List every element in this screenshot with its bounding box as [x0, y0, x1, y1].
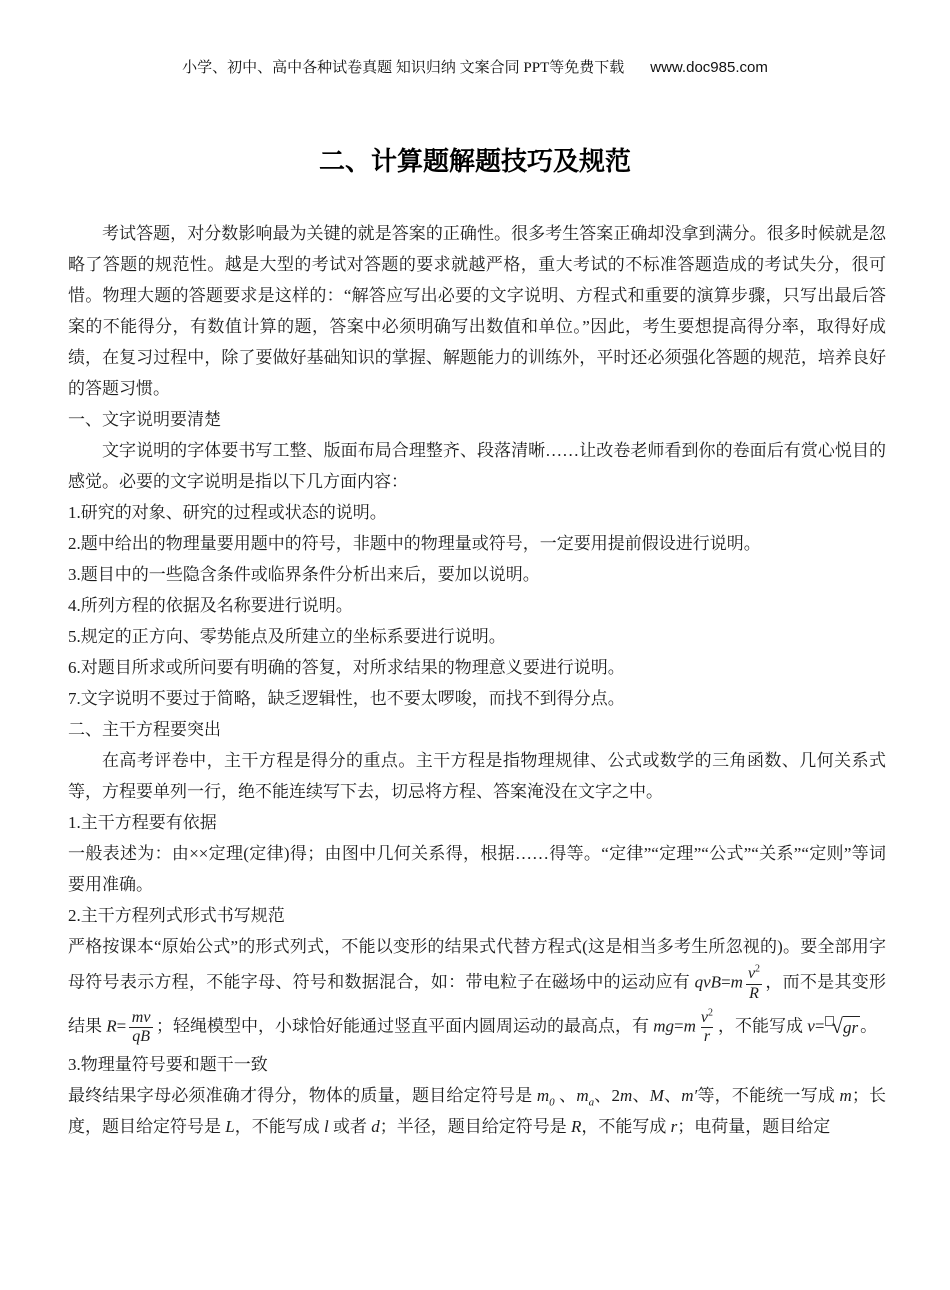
page-title: 二、计算题解题技巧及规范	[0, 141, 950, 178]
math-symbol: m	[840, 1086, 852, 1105]
math-symbol: d	[371, 1117, 380, 1136]
math-symbol: ma	[576, 1086, 594, 1105]
document-page: 小学、初中、高中各种试卷真题 知识归纳 文案合同 PPT等免费下载www.doc…	[0, 0, 950, 1290]
paragraph: 严格按课本“原始公式”的形式列式，不能以变形的结果式代替方程式(这是相当多考生所…	[68, 931, 886, 1049]
math-fraction: mvqB	[129, 1009, 153, 1047]
math-symbol: v	[807, 1016, 815, 1035]
math-symbol: m′	[681, 1086, 697, 1105]
section-heading: 一、文字说明要清楚	[68, 404, 886, 435]
paragraph: 1.研究的对象、研究的过程或状态的说明。	[68, 497, 886, 528]
math-symbol: qvB	[695, 973, 721, 992]
math-fraction: v2r	[699, 1009, 715, 1047]
paragraph: 6.对题目所求或所问要有明确的答复，对所求结果的物理意义要进行说明。	[68, 652, 886, 683]
document-body: 考试答题，对分数影响最为关键的就是答案的正确性。很多考生答案正确却没拿到满分。很…	[68, 218, 886, 1142]
math-symbol: l	[324, 1117, 329, 1136]
math-symbol: m	[731, 973, 743, 992]
math-symbol: r	[671, 1117, 678, 1136]
math-symbol: m0	[537, 1086, 555, 1105]
paragraph: 文字说明的字体要书写工整、版面布局合理整齐、段落清晰……让改卷老师看到你的卷面后…	[68, 435, 886, 497]
paragraph: 5.规定的正方向、零势能点及所建立的坐标系要进行说明。	[68, 621, 886, 652]
paragraph: 7.文字说明不要过于简略，缺乏逻辑性，也不要太啰唆，而找不到得分点。	[68, 683, 886, 714]
paragraph: 3.物理量符号要和题干一致	[68, 1049, 886, 1080]
math-symbol: m	[620, 1086, 632, 1105]
math-symbol: L	[225, 1117, 234, 1136]
site-header: 小学、初中、高中各种试卷真题 知识归纳 文案合同 PPT等免费下载www.doc…	[0, 56, 950, 77]
math-sqrt: √gr	[824, 1016, 860, 1038]
paragraph: 3.题目中的一些隐含条件或临界条件分析出来后，要加以说明。	[68, 559, 886, 590]
paragraph: 1.主干方程要有依据	[68, 807, 886, 838]
math-symbol: R	[571, 1117, 581, 1136]
math-fraction: v2R	[746, 965, 762, 1003]
math-symbol: mg	[653, 1016, 674, 1035]
math-symbol: R	[106, 1016, 116, 1035]
paragraph: 最终结果字母必须准确才得分，物体的质量，题目给定符号是 m0 、ma、2m、M、…	[68, 1080, 886, 1142]
paragraph: 4.所列方程的依据及名称要进行说明。	[68, 590, 886, 621]
header-tagline: 小学、初中、高中各种试卷真题 知识归纳 文案合同 PPT等免费下载	[182, 60, 624, 76]
math-symbol: m	[684, 1016, 696, 1035]
math-symbol: M	[650, 1086, 664, 1105]
paragraph: 在高考评卷中，主干方程是得分的重点。主干方程是指物理规律、公式或数学的三角函数、…	[68, 745, 886, 807]
site-url: www.doc985.com	[650, 59, 768, 76]
paragraph: 考试答题，对分数影响最为关键的就是答案的正确性。很多考生答案正确却没拿到满分。很…	[68, 218, 886, 404]
paragraph: 一般表述为：由××定理(定律)得；由图中几何关系得，根据……得等。“定律”“定理…	[68, 838, 886, 900]
section-heading: 二、主干方程要突出	[68, 714, 886, 745]
paragraph: 2.题中给出的物理量要用题中的符号，非题中的物理量或符号，一定要用提前假设进行说…	[68, 528, 886, 559]
paragraph: 2.主干方程列式形式书写规范	[68, 900, 886, 931]
